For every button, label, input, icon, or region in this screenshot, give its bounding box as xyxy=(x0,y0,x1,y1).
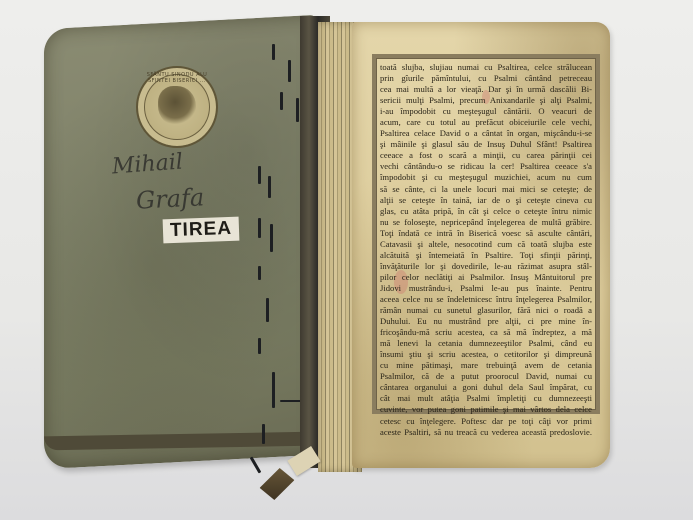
handwritten-first-name: Mihail xyxy=(111,150,183,180)
text-line: cuvinte, vor putea goni patimile şi mai … xyxy=(380,404,592,415)
text-line: Toţi îndată ce intră în Biserică voesc s… xyxy=(380,228,592,239)
stitch-mark xyxy=(258,266,261,280)
text-line: pilor celor neclătiţi ai Psalmilor. Insu… xyxy=(380,272,592,283)
text-line: aceste Psaltiri, să nu treacă cu vederea… xyxy=(380,427,592,438)
handwritten-last-name: Grafa xyxy=(135,183,205,215)
stitch-mark xyxy=(262,424,265,444)
text-line: însumi ştiu şi scriu acestea, o cetitori… xyxy=(380,349,592,360)
text-line: împodobit şi cu meşteşugul muzichiei, ac… xyxy=(380,172,592,183)
text-line: Catavasii şi altele, nesocotind cum că t… xyxy=(380,239,592,250)
text-line: acum, care cu totul au prefăcut obiceiur… xyxy=(380,117,592,128)
text-line: prin gîurile pămîntului, cu Psalmi cântâ… xyxy=(380,73,592,84)
text-line: fricoşându-mă scriu acestea, ca să mă în… xyxy=(380,327,592,338)
seal-text: SFÂNTU SINODU ALU SFINTEI BISERICI ... xyxy=(138,72,216,84)
text-line: toată slujba, slujiau numai cu Psaltirea… xyxy=(380,62,592,73)
stitch-mark xyxy=(258,166,261,184)
text-line: sericii mulţi Psalmi, precum Anixandaril… xyxy=(380,95,592,106)
text-line: cu mine pătimaşi, mare trebuinţă avem de… xyxy=(380,360,592,371)
stitch-mark xyxy=(280,92,283,110)
text-line: Psaltirea celace David o a cântat în org… xyxy=(380,128,592,139)
text-line: Jidovi mustrându-i, Psalmi le-au pus îna… xyxy=(380,283,592,294)
text-line: glas, cu atâta pripă, în cât şi celce o … xyxy=(380,206,592,217)
stitch-mark xyxy=(296,98,299,122)
text-line: Psalmilor, că de a putut proorocul David… xyxy=(380,371,592,382)
text-line: alţii se ceteşte în taină, iar de o şi c… xyxy=(380,195,592,206)
text-line: aceea celce nu se îndeletnicesc întru în… xyxy=(380,294,592,305)
stitch-mark xyxy=(272,372,275,408)
text-line: cântarea organului a goni duhul dela Sau… xyxy=(380,382,592,393)
stitch-mark xyxy=(258,338,261,354)
stitch-mark xyxy=(270,224,273,252)
text-line: cetesc cu înţelegere. Poftesc dar pe toţ… xyxy=(380,416,592,427)
text-line: vechi cântându-o se ridicau la cer! Psal… xyxy=(380,161,592,172)
frayed-thread xyxy=(257,464,296,504)
stitch-mark xyxy=(250,456,262,473)
text-line: mă lenevi la cetania dumnezeeştilor Psal… xyxy=(380,338,592,349)
text-line: i-au împodobit cu meşteşugul cântării. O… xyxy=(380,106,592,117)
embossed-seal-icon: SFÂNTU SINODU ALU SFINTEI BISERICI ... xyxy=(136,66,218,148)
text-line: alcătuită şi întemeiată în Psaltire. Toţ… xyxy=(380,250,592,261)
pasted-title-label: TIREA xyxy=(163,217,240,244)
stitch-mark xyxy=(288,60,291,82)
photo-scene: SFÂNTU SINODU ALU SFINTEI BISERICI ... M… xyxy=(0,0,693,520)
text-line: ceeace a fost o scară a minţii, cu carea… xyxy=(380,150,592,161)
text-line: cât mai mult atâţia Psalmi împletiţi cu … xyxy=(380,393,592,404)
text-line: să se cânte, ci la unele locuri mai mici… xyxy=(380,184,592,195)
text-line: rămân numai cu sunetul glasurilor, fără … xyxy=(380,305,592,316)
stitch-mark xyxy=(272,44,275,60)
seal-emblem-icon xyxy=(158,86,196,126)
page-body-text: toată slujba, slujiau numai cu Psaltirea… xyxy=(380,62,592,438)
stitch-mark xyxy=(258,218,261,238)
stitch-mark xyxy=(266,298,269,322)
text-line: Duhului. Eu nu mustrând pre alţii, ci pr… xyxy=(380,316,592,327)
text-line: cea mai multă a lor vieaţă. Dar şi în ur… xyxy=(380,84,592,95)
stitch-mark xyxy=(268,176,271,198)
text-line: şi mâinile şi glasul său de Insuş Duhul … xyxy=(380,139,592,150)
text-line: învăţăturile lor şi dovedirile, le-au ră… xyxy=(380,261,592,272)
text-line: nu se foloseşte, nepricepând înţelegerea… xyxy=(380,217,592,228)
